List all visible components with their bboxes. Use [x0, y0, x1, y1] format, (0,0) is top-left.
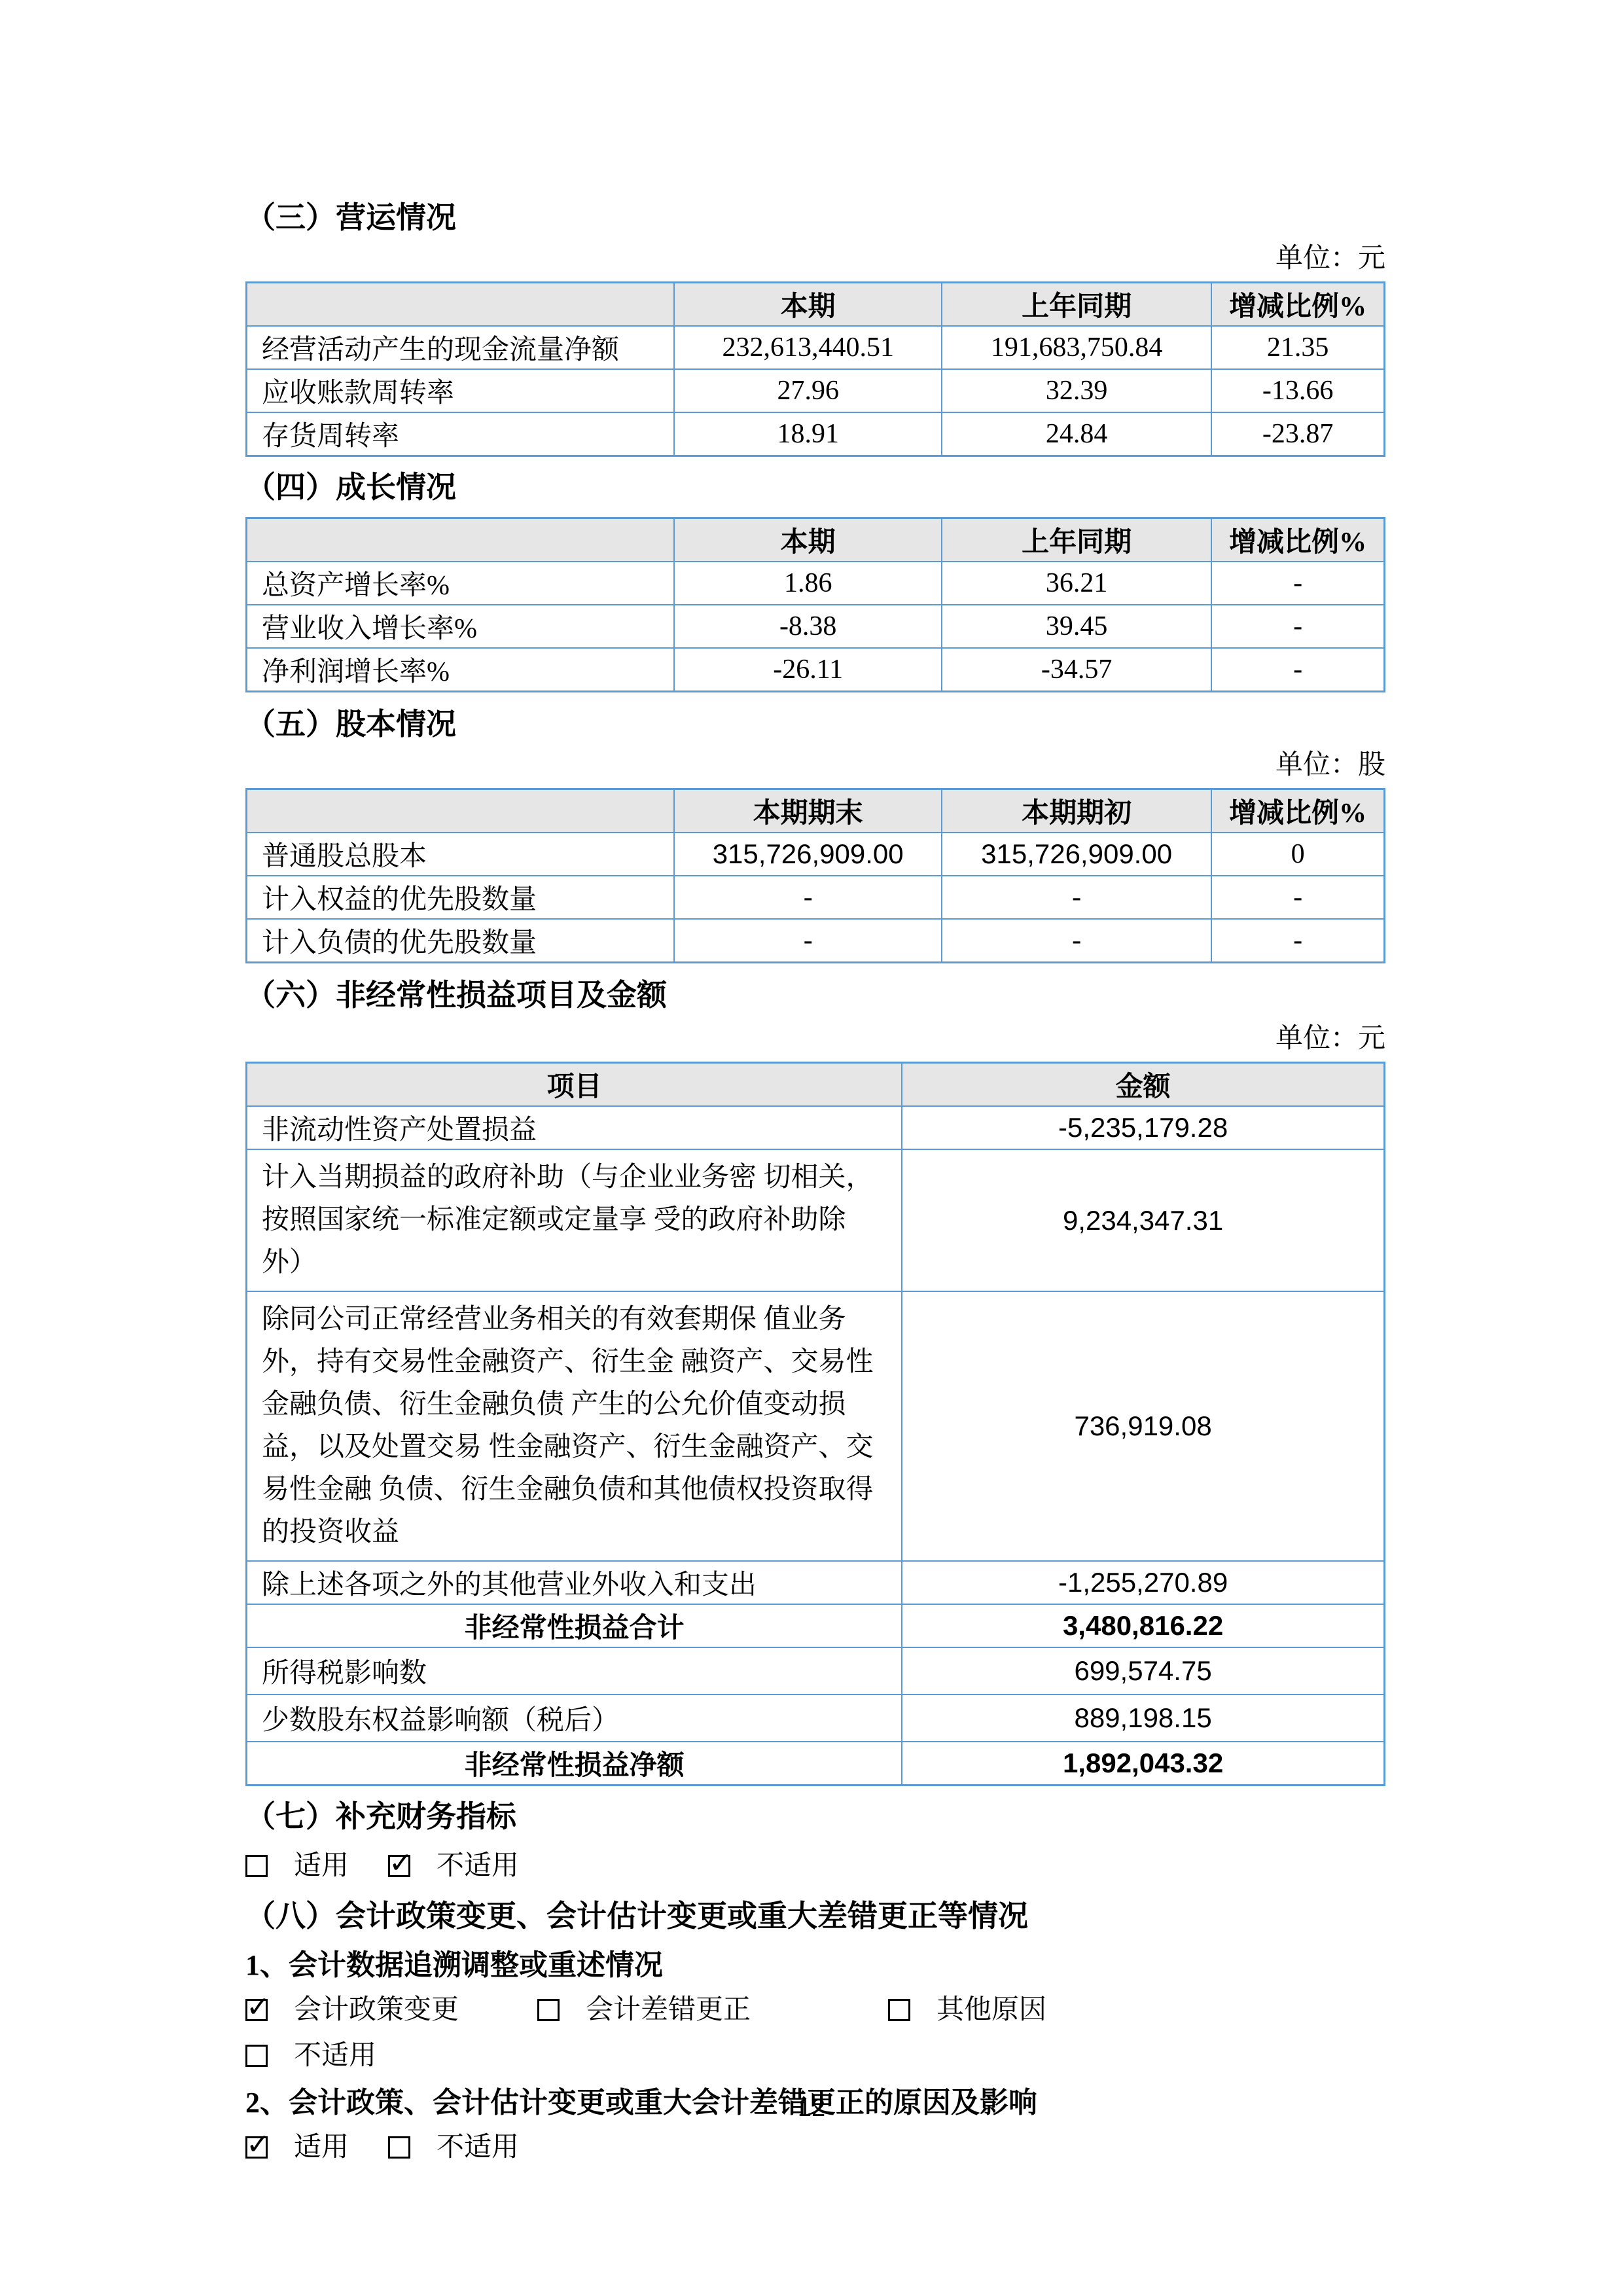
value-period-start: -: [942, 919, 1211, 963]
section-8-sub1: 1、会计数据追溯调整或重述情况: [245, 1947, 1385, 1984]
checkbox-unchecked-icon: [245, 1855, 268, 1877]
header-cell-blank: [247, 518, 675, 562]
table-header-row: 项目 金额: [247, 1063, 1385, 1107]
item-label: 所得税影响数: [247, 1647, 902, 1695]
share-capital-table: 本期期末 本期期初 增减比例% 普通股总股本 315,726,909.00 31…: [245, 788, 1385, 963]
table-row: 非流动性资产处置损益 -5,235,179.28: [247, 1106, 1385, 1149]
value-prior: 36.21: [942, 562, 1211, 605]
value-change: -: [1211, 648, 1384, 692]
checkbox-checked-icon: [245, 1999, 268, 2021]
item-amount: 1,892,043.32: [902, 1742, 1384, 1785]
table-row: 经营活动产生的现金流量净额 232,613,440.51 191,683,750…: [247, 326, 1385, 369]
section-8-row2: 不适用: [245, 2039, 1385, 2073]
value-period-end: -: [674, 919, 942, 963]
option-label: 会计政策变更: [294, 1993, 459, 2027]
section-3-unit-label: 单位：元: [245, 242, 1385, 275]
section-3-title: （三）营运情况: [245, 198, 1385, 238]
item-amount: 9,234,347.31: [902, 1149, 1384, 1291]
subtotal-row: 非经常性损益合计 3,480,816.22: [247, 1604, 1385, 1647]
section-5-unit-label: 单位：股: [245, 749, 1385, 781]
option-label: 不适用: [294, 2039, 376, 2073]
value-prior: 39.45: [942, 605, 1211, 648]
item-amount: 736,919.08: [902, 1291, 1384, 1561]
option-label: 适用: [294, 2130, 349, 2164]
value-change: -23.87: [1211, 412, 1384, 456]
table-row: 计入权益的优先股数量 - - -: [247, 876, 1385, 919]
table-row: 净利润增长率% -26.11 -34.57 -: [247, 648, 1385, 692]
header-cell-blank: [247, 283, 675, 327]
item-label: 除同公司正常经营业务相关的有效套期保 值业务外，持有交易性金融资产、衍生金 融资…: [247, 1291, 902, 1561]
header-cell-current: 本期: [674, 283, 942, 327]
section-7-options: 适用 不适用: [245, 1849, 1385, 1883]
header-cell-prior: 上年同期: [942, 283, 1211, 327]
value-current: -26.11: [674, 648, 942, 692]
table-row: 除上述各项之外的其他营业外收入和支出 -1,255,270.89: [247, 1561, 1385, 1604]
row-label: 计入权益的优先股数量: [247, 876, 675, 919]
option-label: 不适用: [437, 1849, 519, 1883]
section-5-title: （五）股本情况: [245, 704, 1385, 745]
section-4-title: （四）成长情况: [245, 467, 1385, 508]
section-6-title: （六）非经常性损益项目及金额: [245, 975, 1385, 1016]
row-label: 应收账款周转率: [247, 369, 675, 412]
document-page: （三）营运情况 单位：元 本期 上年同期 增减比例% 经营活动产生的现金流量净额…: [0, 0, 1623, 2296]
table-header-row: 本期 上年同期 增减比例%: [247, 518, 1385, 562]
header-cell-period-end: 本期期末: [674, 789, 942, 833]
value-prior: 191,683,750.84: [942, 326, 1211, 369]
table-header-row: 本期 上年同期 增减比例%: [247, 283, 1385, 327]
row-label: 营业收入增长率%: [247, 605, 675, 648]
section-6-unit-label: 单位：元: [245, 1022, 1385, 1055]
option-label: 其他原因: [936, 1993, 1046, 2027]
row-label: 净利润增长率%: [247, 648, 675, 692]
value-change: -: [1211, 919, 1384, 963]
value-period-start: -: [942, 876, 1211, 919]
table-row: 存货周转率 18.91 24.84 -23.87: [247, 412, 1385, 456]
header-cell-change: 增减比例%: [1211, 283, 1384, 327]
item-amount: 889,198.15: [902, 1695, 1384, 1742]
checkbox-checked-icon: [245, 2136, 268, 2159]
table-row: 总资产增长率% 1.86 36.21 -: [247, 562, 1385, 605]
item-label: 计入当期损益的政府补助（与企业业务密 切相关，按照国家统一标准定额或定量享 受的…: [247, 1149, 902, 1291]
table-row: 应收账款周转率 27.96 32.39 -13.66: [247, 369, 1385, 412]
header-cell-prior: 上年同期: [942, 518, 1211, 562]
header-cell-current: 本期: [674, 518, 942, 562]
value-current: 1.86: [674, 562, 942, 605]
section-7-title: （七）补充财务指标: [245, 1797, 1385, 1837]
checkbox-unchecked-icon: [388, 2136, 410, 2159]
table-row: 所得税影响数 699,574.75: [247, 1647, 1385, 1695]
header-cell-period-start: 本期期初: [942, 789, 1211, 833]
value-change: -13.66: [1211, 369, 1384, 412]
option-label: 会计差错更正: [586, 1993, 751, 2027]
value-period-end: 315,726,909.00: [674, 833, 942, 876]
growth-table: 本期 上年同期 增减比例% 总资产增长率% 1.86 36.21 - 营业收入增…: [245, 517, 1385, 692]
section-8-row3: 适用 不适用: [245, 2130, 1385, 2164]
row-label: 计入负债的优先股数量: [247, 919, 675, 963]
row-label: 普通股总股本: [247, 833, 675, 876]
item-amount: 699,574.75: [902, 1647, 1384, 1695]
table-row: 除同公司正常经营业务相关的有效套期保 值业务外，持有交易性金融资产、衍生金 融资…: [247, 1291, 1385, 1561]
row-label: 存货周转率: [247, 412, 675, 456]
option-label: 不适用: [437, 2130, 519, 2164]
item-amount: -5,235,179.28: [902, 1106, 1384, 1149]
item-amount: -1,255,270.89: [902, 1561, 1384, 1604]
row-label: 经营活动产生的现金流量净额: [247, 326, 675, 369]
header-cell-amount: 金额: [902, 1063, 1384, 1107]
table-header-row: 本期期末 本期期初 增减比例%: [247, 789, 1385, 833]
item-amount: 3,480,816.22: [902, 1604, 1384, 1647]
page-content: （三）营运情况 单位：元 本期 上年同期 增减比例% 经营活动产生的现金流量净额…: [245, 198, 1385, 2164]
value-current: -8.38: [674, 605, 942, 648]
item-label: 非流动性资产处置损益: [247, 1106, 902, 1149]
item-label: 非经常性损益合计: [247, 1604, 902, 1647]
checkbox-unchecked-icon: [537, 1999, 560, 2021]
header-cell-item: 项目: [247, 1063, 902, 1107]
value-change: -: [1211, 605, 1384, 648]
table-row: 少数股东权益影响额（税后） 889,198.15: [247, 1695, 1385, 1742]
value-period-end: -: [674, 876, 942, 919]
header-cell-change: 增减比例%: [1211, 518, 1384, 562]
checkbox-checked-icon: [388, 1855, 410, 1877]
header-cell-blank: [247, 789, 675, 833]
operations-table: 本期 上年同期 增减比例% 经营活动产生的现金流量净额 232,613,440.…: [245, 281, 1385, 457]
section-8-row1: 会计政策变更 会计差错更正 其他原因: [245, 1993, 1385, 2027]
value-current: 232,613,440.51: [674, 326, 942, 369]
checkbox-unchecked-icon: [888, 1999, 910, 2021]
table-row: 计入负债的优先股数量 - - -: [247, 919, 1385, 963]
page-number: 12: [0, 2094, 1623, 2123]
total-row: 非经常性损益净额 1,892,043.32: [247, 1742, 1385, 1785]
table-row: 计入当期损益的政府补助（与企业业务密 切相关，按照国家统一标准定额或定量享 受的…: [247, 1149, 1385, 1291]
value-prior: 32.39: [942, 369, 1211, 412]
item-label: 非经常性损益净额: [247, 1742, 902, 1785]
value-prior: -34.57: [942, 648, 1211, 692]
item-label: 少数股东权益影响额（税后）: [247, 1695, 902, 1742]
non-recurring-items-table: 项目 金额 非流动性资产处置损益 -5,235,179.28 计入当期损益的政府…: [245, 1062, 1385, 1786]
value-change: -: [1211, 876, 1384, 919]
row-label: 总资产增长率%: [247, 562, 675, 605]
value-prior: 24.84: [942, 412, 1211, 456]
value-change: 0: [1211, 833, 1384, 876]
table-row: 普通股总股本 315,726,909.00 315,726,909.00 0: [247, 833, 1385, 876]
value-current: 27.96: [674, 369, 942, 412]
value-change: -: [1211, 562, 1384, 605]
checkbox-unchecked-icon: [245, 2045, 268, 2067]
header-cell-change: 增减比例%: [1211, 789, 1384, 833]
item-label: 除上述各项之外的其他营业外收入和支出: [247, 1561, 902, 1604]
table-row: 营业收入增长率% -8.38 39.45 -: [247, 605, 1385, 648]
section-8-title: （八）会计政策变更、会计估计变更或重大差错更正等情况: [245, 1896, 1385, 1937]
value-change: 21.35: [1211, 326, 1384, 369]
value-current: 18.91: [674, 412, 942, 456]
option-label: 适用: [294, 1849, 349, 1883]
value-period-start: 315,726,909.00: [942, 833, 1211, 876]
